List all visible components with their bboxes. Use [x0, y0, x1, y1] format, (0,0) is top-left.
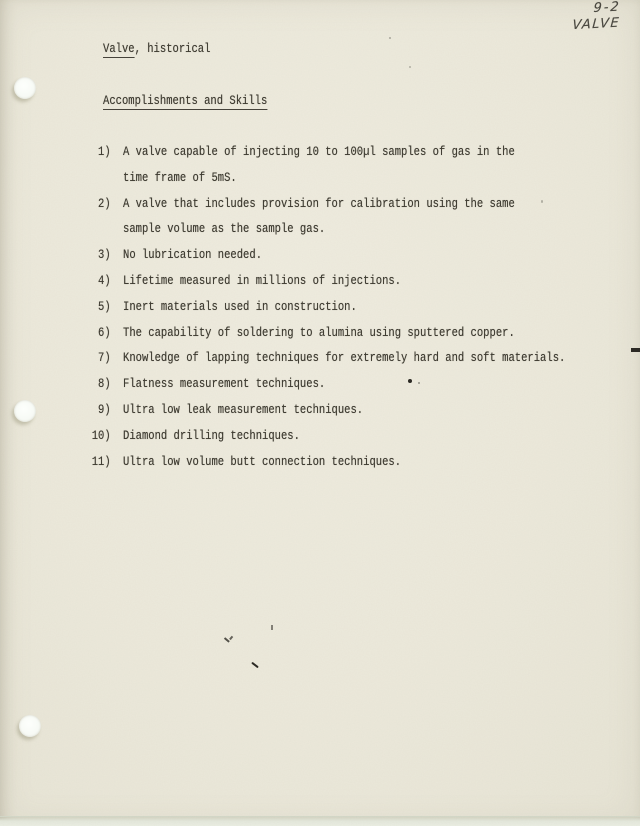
item-line: Diamond drilling techniques.	[123, 423, 542, 449]
item-number: 5)	[75, 294, 117, 320]
item-line: A valve capable of injecting 10 to 100µl…	[123, 139, 542, 165]
paper-speck	[409, 66, 411, 68]
stray-ink-dot	[418, 382, 420, 384]
annotation-page-number: 9-2	[593, 0, 622, 17]
item-number: 6)	[75, 320, 117, 346]
list-item: 7) Knowledge of lapping techniques for e…	[0, 345, 640, 371]
item-line: Knowledge of lapping techniques for extr…	[123, 345, 542, 371]
item-line: Ultra low leak measurement techniques.	[123, 397, 542, 423]
punch-hole-middle	[14, 400, 36, 422]
item-number: 4)	[75, 268, 117, 294]
accomplishments-list: 1) A valve capable of injecting 10 to 10…	[0, 139, 640, 474]
title-underlined-word: Valve	[103, 41, 135, 58]
list-item: 4) Lifetime measured in millions of inje…	[0, 268, 640, 294]
list-item: 10) Diamond drilling techniques.	[0, 423, 640, 449]
item-number: 7)	[75, 345, 117, 371]
item-line: Lifetime measured in millions of injecti…	[123, 268, 542, 294]
section-heading-text: Accomplishments and Skills	[103, 93, 267, 110]
list-item: 6) The capability of soldering to alumin…	[0, 320, 640, 346]
title-rest: , historical	[135, 41, 211, 56]
stray-pen-mark	[229, 636, 233, 640]
item-line: Ultra low volume butt connection techniq…	[123, 449, 542, 475]
list-item: 9) Ultra low leak measurement techniques…	[0, 397, 640, 423]
item-number: 1)	[75, 139, 117, 165]
list-item: 11) Ultra low volume butt connection tec…	[0, 449, 640, 475]
stray-pen-tick	[271, 625, 273, 630]
item-number: 3)	[75, 242, 117, 268]
list-item: 8) Flatness measurement techniques.	[0, 371, 640, 397]
stray-ink-dot	[408, 379, 412, 383]
item-line: A valve that includes provision for cali…	[123, 191, 542, 217]
section-heading: Accomplishments and Skills	[103, 88, 267, 114]
item-number: 8)	[75, 371, 117, 397]
item-line: The capability of soldering to alumina u…	[123, 320, 542, 346]
list-item: 3) No lubrication needed.	[0, 242, 640, 268]
paper-speck	[389, 37, 391, 39]
item-number: 10)	[75, 423, 117, 449]
handwritten-annotation: 9-2 VALVE	[572, 0, 622, 34]
item-line: Inert materials used in construction.	[123, 294, 542, 320]
item-line: Flatness measurement techniques.	[123, 371, 542, 397]
item-number: 2)	[75, 191, 117, 217]
punch-hole-bottom	[19, 715, 41, 737]
item-number: 11)	[75, 449, 117, 475]
item-line: sample volume as the sample gas.	[123, 216, 542, 242]
punch-hole-top	[14, 77, 36, 99]
document-title: Valve, historical	[103, 36, 210, 62]
scanned-document-page: 9-2 VALVE Valve, historical Accomplishme…	[0, 0, 640, 826]
item-line: No lubrication needed.	[123, 242, 542, 268]
item-number: 9)	[75, 397, 117, 423]
list-item: 5) Inert materials used in construction.	[0, 294, 640, 320]
paper-speck	[541, 200, 543, 203]
list-item: 1) A valve capable of injecting 10 to 10…	[0, 139, 640, 191]
list-item: 2) A valve that includes provision for c…	[0, 191, 640, 243]
stray-pen-tick	[251, 662, 259, 669]
annotation-label: VALVE	[572, 16, 621, 35]
item-line: time frame of 5mS.	[123, 165, 542, 191]
edge-ink-mark	[631, 348, 640, 352]
scan-edge	[0, 816, 640, 826]
